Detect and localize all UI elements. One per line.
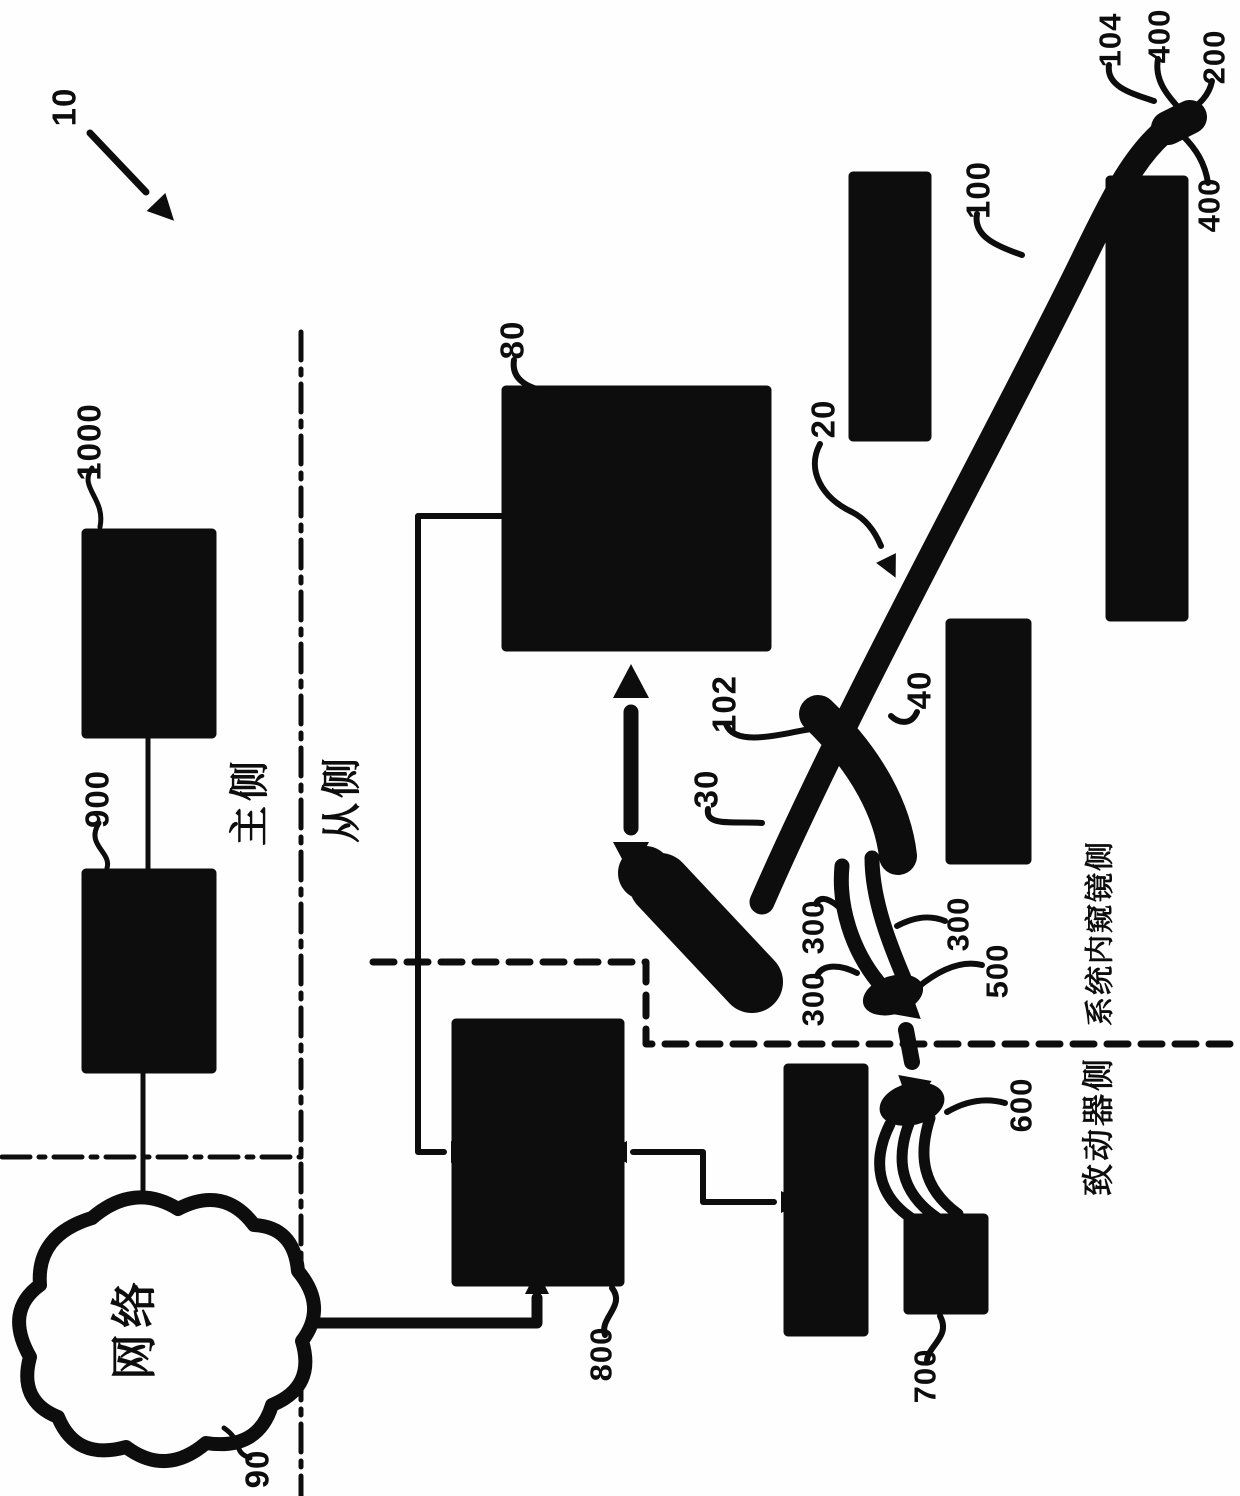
endoscope-handle-knob bbox=[618, 846, 672, 900]
leader-600 bbox=[947, 1100, 1005, 1112]
updown-arrow-80-head-top bbox=[613, 664, 649, 698]
ref-label-300-b: 300 bbox=[943, 897, 974, 952]
leader-20 bbox=[815, 444, 881, 546]
ref-label-500: 500 bbox=[982, 944, 1013, 999]
ref-label-20: 20 bbox=[807, 400, 840, 439]
ref-label-700: 700 bbox=[910, 1349, 941, 1404]
ref-label-200: 200 bbox=[1199, 30, 1230, 85]
ref-label-800: 800 bbox=[586, 1327, 617, 1382]
patent-figure-page: 10 1000 900 90 80 20 100 104 400 200 400… bbox=[0, 0, 1240, 1496]
ref-label-1000: 1000 bbox=[73, 403, 106, 480]
leader-500 bbox=[917, 964, 982, 988]
box-1000 bbox=[83, 530, 215, 737]
ref-label-102: 102 bbox=[708, 675, 741, 733]
box-600 bbox=[785, 1065, 867, 1335]
box-700 bbox=[905, 1215, 987, 1313]
bar-upper-left bbox=[850, 173, 930, 440]
figure-drawing bbox=[0, 0, 1240, 1496]
updown-arrow-500-600-shaft bbox=[906, 1030, 912, 1062]
leader-100 bbox=[977, 214, 1022, 255]
bar-upper-right bbox=[1107, 177, 1187, 620]
box-900 bbox=[83, 870, 215, 1072]
leader-400-mid bbox=[1183, 136, 1208, 183]
leader-300-b bbox=[897, 917, 945, 926]
endoscope-side-label: 系统内窥镜侧 bbox=[1087, 840, 1116, 1026]
ref-label-30: 30 bbox=[690, 770, 723, 809]
ref-label-900: 900 bbox=[81, 770, 114, 828]
box-80 bbox=[503, 387, 770, 650]
leader-104 bbox=[1109, 65, 1154, 101]
endoscope-operation-handle bbox=[660, 884, 752, 982]
system-reference-arrow-shaft bbox=[90, 133, 146, 192]
leader-30 bbox=[708, 809, 762, 823]
box-800 bbox=[453, 1020, 623, 1285]
ref-label-300-c: 300 bbox=[798, 972, 829, 1027]
leader-40 bbox=[891, 712, 917, 722]
endoscope-universal-cord bbox=[818, 714, 898, 856]
network-cloud-label: 网络 bbox=[111, 1276, 157, 1380]
actuator-wire-3 bbox=[924, 1118, 958, 1214]
ref-label-80: 80 bbox=[496, 321, 529, 360]
master-side-label: 主侧 bbox=[230, 756, 270, 846]
system-reference-arrowhead bbox=[147, 193, 184, 230]
ref-label-40: 40 bbox=[903, 671, 936, 710]
slave-side-label: 从侧 bbox=[322, 753, 362, 843]
actuator-side-label: 致动器侧 bbox=[1082, 1056, 1114, 1196]
leader-20-arrowhead bbox=[876, 553, 905, 582]
endoscope-distal-tip bbox=[1168, 117, 1190, 128]
endoscope-cable-right bbox=[872, 858, 904, 978]
ref-label-400-top: 400 bbox=[1144, 9, 1175, 64]
leader-900 bbox=[95, 823, 108, 868]
box-mid-right bbox=[947, 620, 1030, 863]
ref-label-104: 104 bbox=[1095, 13, 1126, 68]
ref-label-400-mid: 400 bbox=[1194, 178, 1225, 233]
leader-400-top bbox=[1157, 59, 1178, 107]
ref-label-100: 100 bbox=[962, 161, 995, 219]
connector-800-600 bbox=[633, 1152, 774, 1202]
ref-label-90: 90 bbox=[241, 1450, 274, 1489]
ref-label-600: 600 bbox=[1006, 1078, 1037, 1133]
ref-label-10: 10 bbox=[48, 88, 81, 127]
network-cloud-shape bbox=[19, 1197, 314, 1461]
ref-label-300-a: 300 bbox=[798, 900, 829, 955]
